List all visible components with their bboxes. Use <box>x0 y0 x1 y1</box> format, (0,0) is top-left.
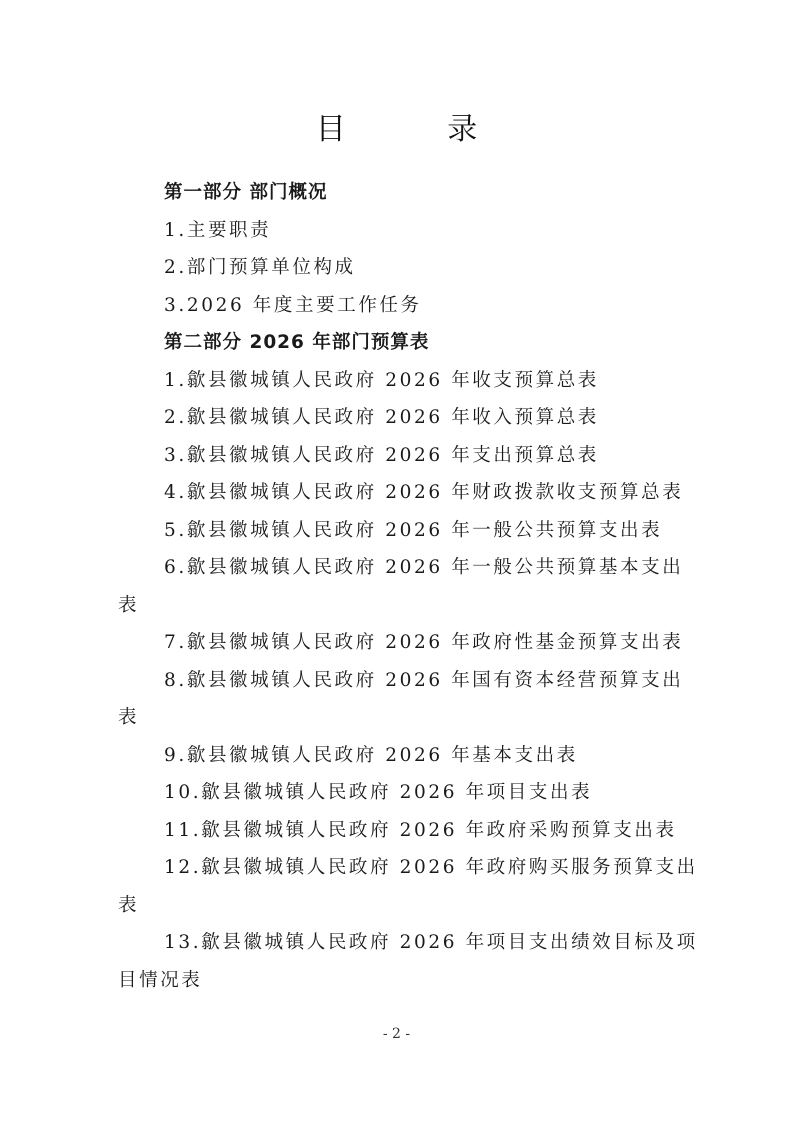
toc-entry: 1.主要职责 <box>118 212 678 250</box>
toc-entry: 12.歙县徽城镇人民政府 2026 年政府购买服务预算支出 <box>118 849 678 887</box>
table-of-contents: 第一部分 部门概况 1.主要职责 2.部门预算单位构成 3.2026 年度主要工… <box>118 174 678 999</box>
toc-entry: 11.歙县徽城镇人民政府 2026 年政府采购预算支出表 <box>118 812 678 850</box>
toc-entry: 13.歙县徽城镇人民政府 2026 年项目支出绩效目标及项 <box>118 924 678 962</box>
toc-section-heading: 第一部分 部门概况 <box>118 174 678 212</box>
toc-entry: 10.歙县徽城镇人民政府 2026 年项目支出表 <box>118 774 678 812</box>
toc-entry: 7.歙县徽城镇人民政府 2026 年政府性基金预算支出表 <box>118 624 678 662</box>
toc-entry: 4.歙县徽城镇人民政府 2026 年财政拨款收支预算总表 <box>118 474 678 512</box>
toc-entry-continuation: 表 <box>118 699 678 737</box>
toc-entry: 2.部门预算单位构成 <box>118 249 678 287</box>
toc-entry: 9.歙县徽城镇人民政府 2026 年基本支出表 <box>118 737 678 775</box>
page-number: - 2 - <box>0 1026 793 1042</box>
toc-entry-continuation: 表 <box>118 887 678 925</box>
toc-entry-continuation: 目情况表 <box>118 962 678 1000</box>
toc-entry-continuation: 表 <box>118 587 678 625</box>
toc-entry: 5.歙县徽城镇人民政府 2026 年一般公共预算支出表 <box>118 512 678 550</box>
toc-section-heading: 第二部分 2026 年部门预算表 <box>118 324 678 362</box>
toc-entry: 6.歙县徽城镇人民政府 2026 年一般公共预算基本支出 <box>118 549 678 587</box>
toc-entry: 3.2026 年度主要工作任务 <box>118 287 678 325</box>
page-title: 目 录 <box>0 104 793 148</box>
toc-entry: 2.歙县徽城镇人民政府 2026 年收入预算总表 <box>118 399 678 437</box>
toc-entry: 3.歙县徽城镇人民政府 2026 年支出预算总表 <box>118 437 678 475</box>
toc-entry: 1.歙县徽城镇人民政府 2026 年收支预算总表 <box>118 362 678 400</box>
document-page: 目 录 第一部分 部门概况 1.主要职责 2.部门预算单位构成 3.2026 年… <box>0 0 793 1122</box>
toc-entry: 8.歙县徽城镇人民政府 2026 年国有资本经营预算支出 <box>118 662 678 700</box>
